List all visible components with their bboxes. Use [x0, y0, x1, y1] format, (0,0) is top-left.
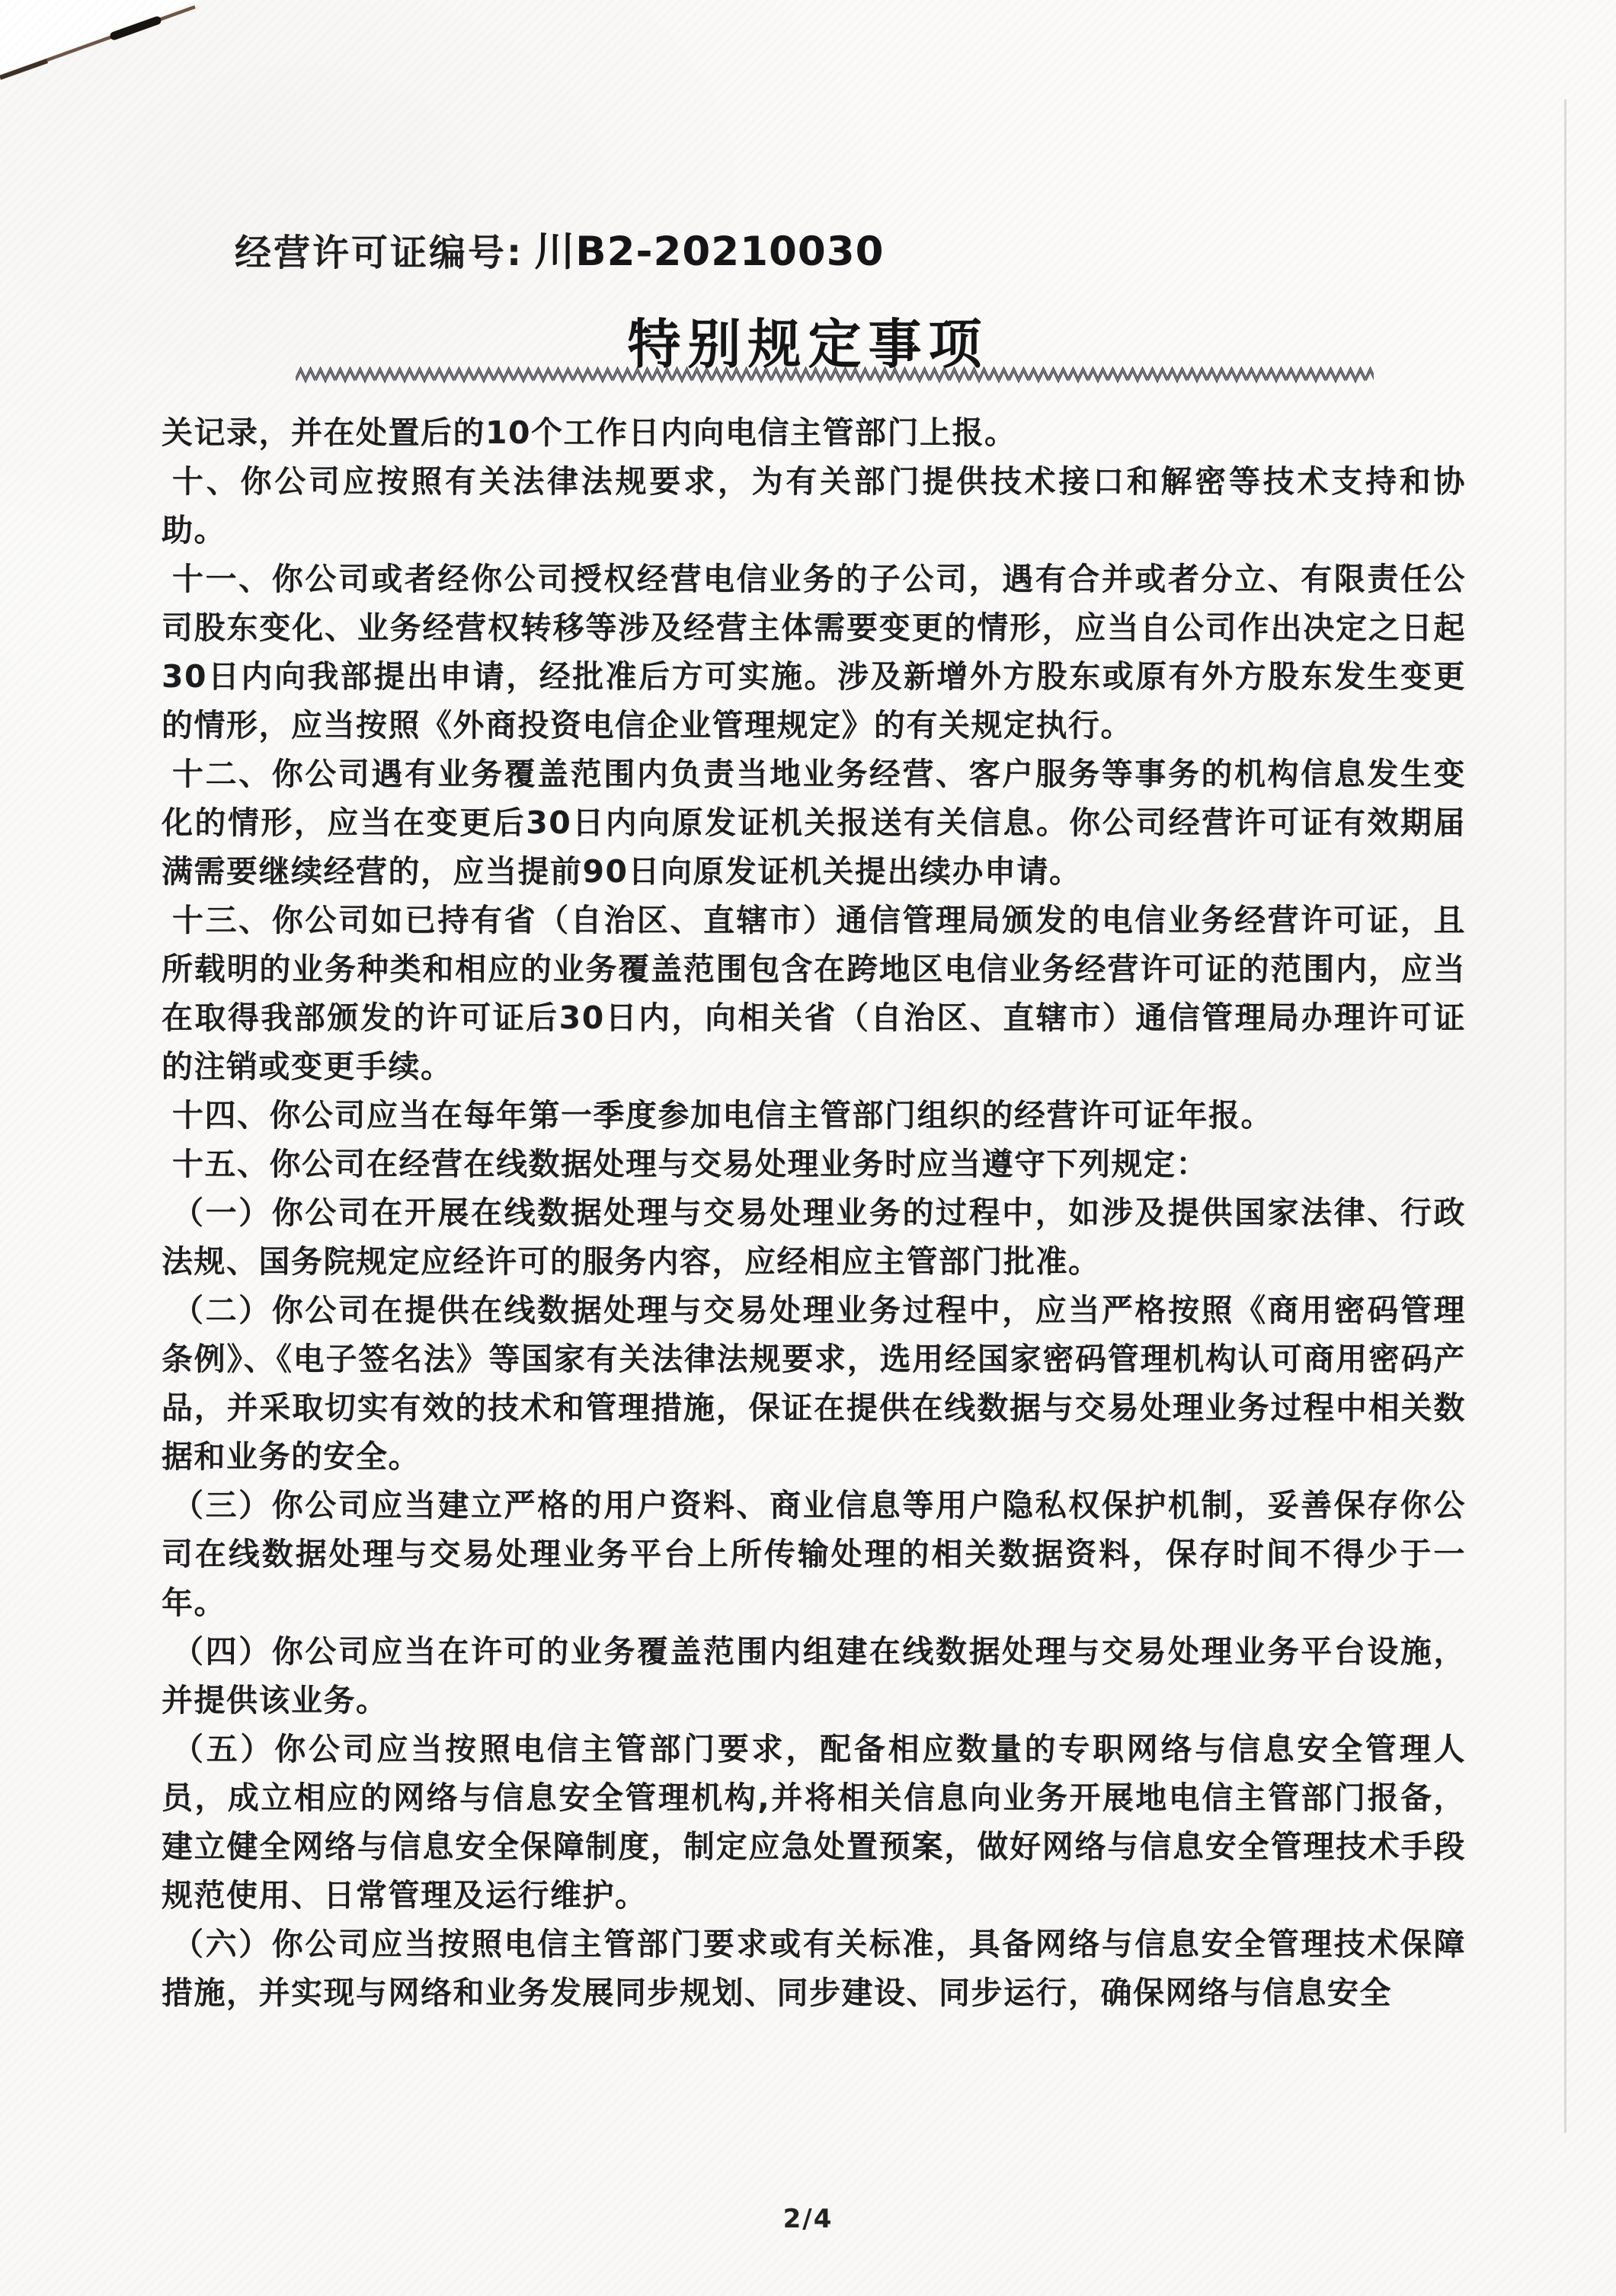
body-paragraph: 十一、你公司或者经你公司授权经营电信业务的子公司，遇有合并或者分立、有限责任公司… [162, 555, 1466, 750]
body-paragraph: （四）你公司应当在许可的业务覆盖范围内组建在线数据处理与交易处理业务平台设施，并… [162, 1627, 1466, 1725]
page-corner-fold [0, 0, 229, 107]
license-header: 经营许可证编号: 川B2-20210030 [235, 219, 885, 277]
body-paragraph: （五）你公司应当按照电信主管部门要求，配备相应数量的专职网络与信息安全管理人员，… [162, 1725, 1466, 1920]
license-number-label: 经营许可证编号: [235, 223, 523, 276]
body-paragraph: （二）你公司在提供在线数据处理与交易处理业务过程中，应当严格按照《商用密码管理条… [162, 1286, 1466, 1481]
document-body: 关记录，并在处置后的10个工作日内向电信主管部门上报。 十、你公司应按照有关法律… [162, 408, 1466, 2017]
body-paragraph: 十四、你公司应当在每年第一季度参加电信主管部门组织的经营许可证年报。 [162, 1091, 1466, 1140]
body-paragraph: 十、你公司应按照有关法律法规要求，为有关部门提供技术接口和解密等技术支持和协助。 [162, 457, 1466, 555]
body-paragraph: 关记录，并在处置后的10个工作日内向电信主管部门上报。 [162, 408, 1466, 457]
body-paragraph: （六）你公司应当按照电信主管部门要求或有关标准，具备网络与信息安全管理技术保障措… [162, 1920, 1466, 2017]
page-edge-line [1564, 99, 1566, 2133]
body-paragraph: （三）你公司应当建立严格的用户资料、商业信息等用户隐私权保护机制，妥善保存你公司… [162, 1481, 1466, 1627]
body-paragraph: 十五、你公司在经营在线数据处理与交易处理业务时应当遵守下列规定： [162, 1140, 1466, 1188]
body-paragraph: 十三、你公司如已持有省（自治区、直辖市）通信管理局颁发的电信业务经营许可证，且所… [162, 896, 1466, 1091]
license-number-value: 川B2-20210030 [534, 219, 884, 277]
page-number: 2/4 [0, 2204, 1616, 2234]
title-underline-wave [296, 366, 1374, 384]
body-paragraph: （一）你公司在开展在线数据处理与交易处理业务的过程中，如涉及提供国家法律、行政法… [162, 1188, 1466, 1286]
scanned-document-page: 经营许可证编号: 川B2-20210030 特别规定事项 关记录，并在处置后的1… [0, 0, 1616, 2296]
body-paragraph: 十二、你公司遇有业务覆盖范围内负责当地业务经营、客户服务等事务的机构信息发生变化… [162, 750, 1466, 896]
